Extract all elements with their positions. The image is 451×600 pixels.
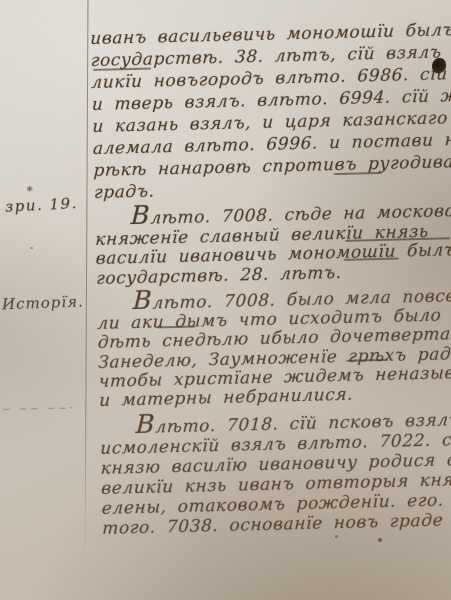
paper-grain-texture bbox=[0, 0, 451, 600]
manuscript-photo: * зри. 19. Исторïя. ~ ~~ ~~· иванъ васил… bbox=[0, 0, 451, 600]
